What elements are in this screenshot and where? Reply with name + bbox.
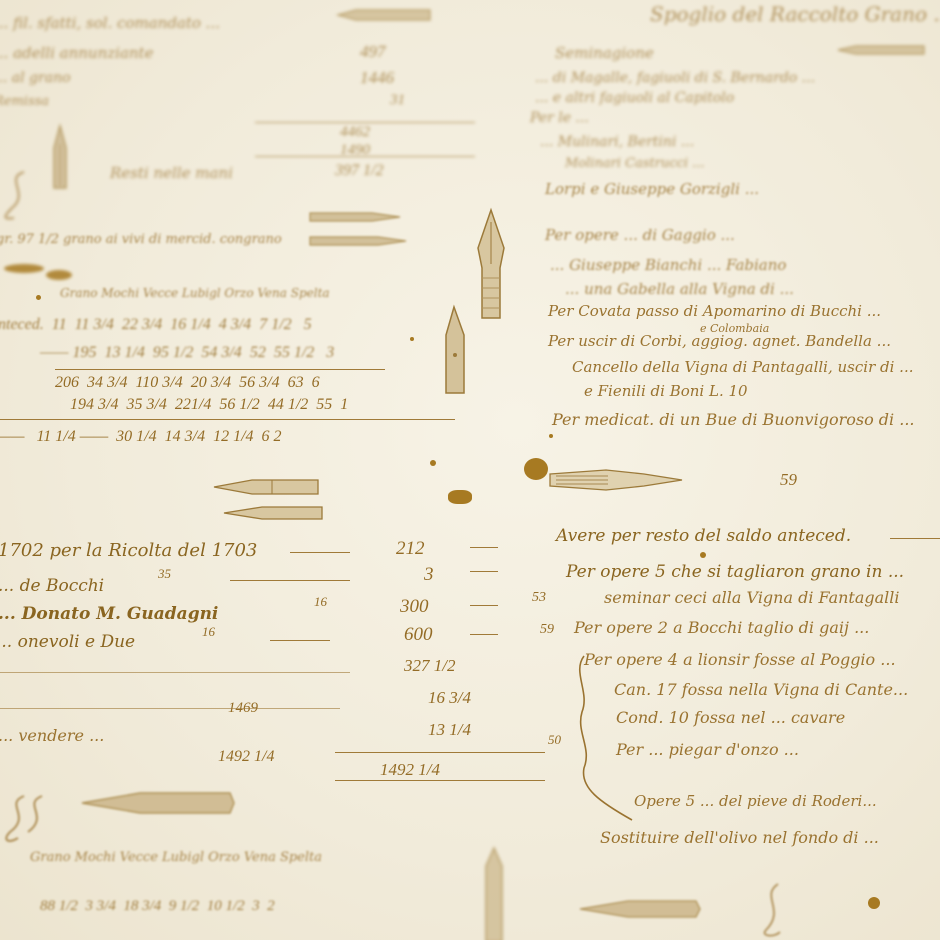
pen-nib-icon — [212, 478, 322, 496]
ledger-rule — [470, 634, 498, 635]
ledger-amount: 600 — [404, 624, 433, 646]
leader-line — [230, 580, 350, 581]
script-line: Avere per resto del saldo anteced. — [556, 526, 851, 546]
table-header: Grano Mochi Vecce Lubigl Orzo Vena Spelt… — [30, 850, 322, 865]
script-line: Cond. 10 fossa nel ... cavare — [616, 708, 845, 727]
ink-blot — [4, 264, 44, 273]
ledger-amount: 13 1/4 — [428, 720, 471, 740]
ledger-number: 1492 1/4 — [218, 748, 274, 766]
script-line: Seminagione — [555, 44, 654, 62]
table-header: Grano Mochi Vecce Lubigl Orzo Vena Spelt… — [60, 286, 330, 300]
margin-number: 53 — [532, 590, 546, 606]
script-line: Per ... piegar d'onzo ... — [616, 740, 799, 759]
ink-dot — [36, 295, 41, 300]
ledger-rule — [255, 122, 475, 123]
ledger-rule — [470, 605, 498, 606]
ink-dot — [549, 434, 553, 438]
pen-nib-icon — [308, 234, 408, 248]
script-line: Per opere 2 a Bocchi taglio di gaij ... — [574, 618, 869, 637]
script-line: seminar ceci alla Vigna di Fantagalli — [604, 588, 900, 607]
ledger-rule — [255, 156, 475, 157]
ledger-rule — [335, 780, 545, 781]
ledger-rule — [335, 752, 545, 753]
script-line: Per opere 5 che si tagliaron grano in ..… — [566, 562, 904, 582]
ink-blot — [448, 490, 472, 504]
bracket-flourish — [570, 652, 640, 824]
ledger-row: 88 1/2 3 3/4 18 3/4 9 1/2 10 1/2 3 2 — [40, 898, 275, 915]
ledger-amount: 16 3/4 — [428, 688, 471, 708]
margin-number: 59 — [540, 622, 554, 638]
ink-blot — [46, 270, 72, 280]
leader-line — [0, 708, 340, 709]
flourish-glyph — [750, 880, 800, 940]
pen-nib-icon — [440, 305, 470, 397]
margin-number: 50 — [548, 732, 561, 748]
script-line: Per uscir di Corbi, aggiog. agnet. Bande… — [548, 332, 891, 350]
script-line: Per opere ... di Gaggio ... — [545, 226, 735, 244]
ledger-row: —— 11 1/4 —— 30 1/4 14 3/4 12 1/4 6 2 — [0, 428, 282, 446]
ledger-number: 16 — [314, 594, 327, 610]
wallpaper-photo: ... fil. sfatti, sol. comandato ... ... … — [0, 0, 940, 940]
script-line: ... de Bocchi — [0, 576, 104, 596]
leader-line — [290, 552, 350, 553]
pen-nib-icon — [578, 898, 702, 920]
script-line: 1702 per la Ricolta del 1703 — [0, 540, 257, 561]
flourish-glyph — [0, 792, 56, 846]
ledger-rule — [470, 571, 498, 572]
script-line: ... fil. sfatti, sol. comandato ... — [0, 14, 220, 32]
pen-nib-icon — [836, 44, 926, 56]
script-line: ... Donato M. Guadagni — [0, 604, 218, 624]
ink-dot — [868, 897, 880, 909]
script-line: ... adelli annunziante — [0, 44, 153, 62]
script-line: ... vendere ... — [0, 726, 104, 745]
pen-nib-icon — [308, 210, 402, 224]
script-line: Sostituire dell'olivo nel fondo di ... — [600, 828, 879, 847]
ledger-amount: 212 — [396, 538, 425, 560]
pen-nib-icon — [222, 504, 326, 522]
ink-blot — [524, 458, 548, 480]
ledger-number: 4462 — [340, 124, 370, 141]
ledger-number: 397 1/2 — [335, 162, 383, 180]
script-line: Resti nelle mani — [110, 164, 233, 182]
script-line: e Fienili di Boni L. 10 — [584, 382, 748, 400]
script-line: ... e altri fagiuoli al Capitolo — [535, 90, 734, 106]
script-line: gr. 97 1/2 grano ai vivi di mercid. cong… — [0, 232, 282, 247]
ledger-row: 194 3/4 35 3/4 221/4 56 1/2 44 1/2 55 1 — [70, 396, 348, 414]
pen-nib-icon — [80, 790, 236, 816]
ledger-number: 1446 — [360, 68, 394, 88]
script-line: Per Covata passo di Apomarino di Bucchi … — [548, 302, 881, 320]
ledger-rule — [470, 547, 498, 548]
leader-line — [270, 640, 330, 641]
script-line: ... una Gabella alla Vigna di ... — [565, 280, 794, 298]
ledger-number: 35 — [158, 566, 171, 582]
script-line: ... onevoli e Due — [0, 632, 135, 652]
script-line: ... Giuseppe Bianchi ... Fabiano — [550, 256, 786, 274]
ledger-number: 31 — [390, 92, 405, 109]
ledger-rule — [0, 419, 455, 420]
leader-line — [890, 538, 940, 539]
ink-dot — [410, 337, 414, 341]
ink-dot — [700, 552, 706, 558]
script-line: Cancello della Vigna di Pantagalli, usci… — [572, 358, 913, 376]
ink-dot — [430, 460, 436, 466]
leader-line — [0, 672, 350, 673]
ledger-row: —— 195 13 1/4 95 1/2 54 3/4 52 55 1/2 3 — [40, 344, 334, 362]
pen-nib-icon — [548, 468, 684, 492]
script-line: Molinari Castrucci ... — [565, 156, 705, 171]
script-line: Remissa — [0, 94, 49, 109]
manuscript-heading: Spoglio del Raccolto Grano ... — [650, 2, 940, 26]
ledger-rule — [55, 369, 385, 370]
pen-nib-icon — [482, 846, 506, 940]
pen-nib-icon — [474, 208, 508, 322]
pen-nib-icon — [50, 124, 70, 192]
script-line: ... al grano — [0, 70, 71, 86]
flourish-glyph — [0, 168, 34, 222]
ledger-number: 497 — [360, 42, 386, 62]
script-line: Lorpi e Giuseppe Gorzigli ... — [545, 180, 759, 198]
script-line: Opere 5 ... del pieve di Roderi... — [634, 792, 877, 810]
ledger-amount: 3 — [424, 564, 434, 586]
script-line: Can. 17 fossa nella Vigna di Cante... — [614, 680, 908, 699]
script-line: ... Mulinari, Bertini ... — [540, 134, 694, 150]
script-line: Per le ... — [530, 110, 589, 126]
ledger-row: anteced. 11 11 3/4 22 3/4 16 1/4 4 3/4 7… — [0, 316, 312, 334]
script-line: Per medicat. di un Bue di Buonvigoroso d… — [552, 410, 915, 429]
ledger-amount: 1492 1/4 — [380, 760, 440, 780]
ledger-amount: 327 1/2 — [404, 656, 455, 676]
ledger-number: 16 — [202, 624, 215, 640]
ledger-row: 206 34 3/4 110 3/4 20 3/4 56 3/4 63 6 — [55, 374, 320, 392]
script-line: ... di Magalle, fagiuoli di S. Bernardo … — [535, 70, 815, 86]
margin-note: 59 — [780, 470, 797, 490]
pen-nib-icon — [336, 8, 432, 22]
ledger-amount: 300 — [400, 596, 429, 618]
